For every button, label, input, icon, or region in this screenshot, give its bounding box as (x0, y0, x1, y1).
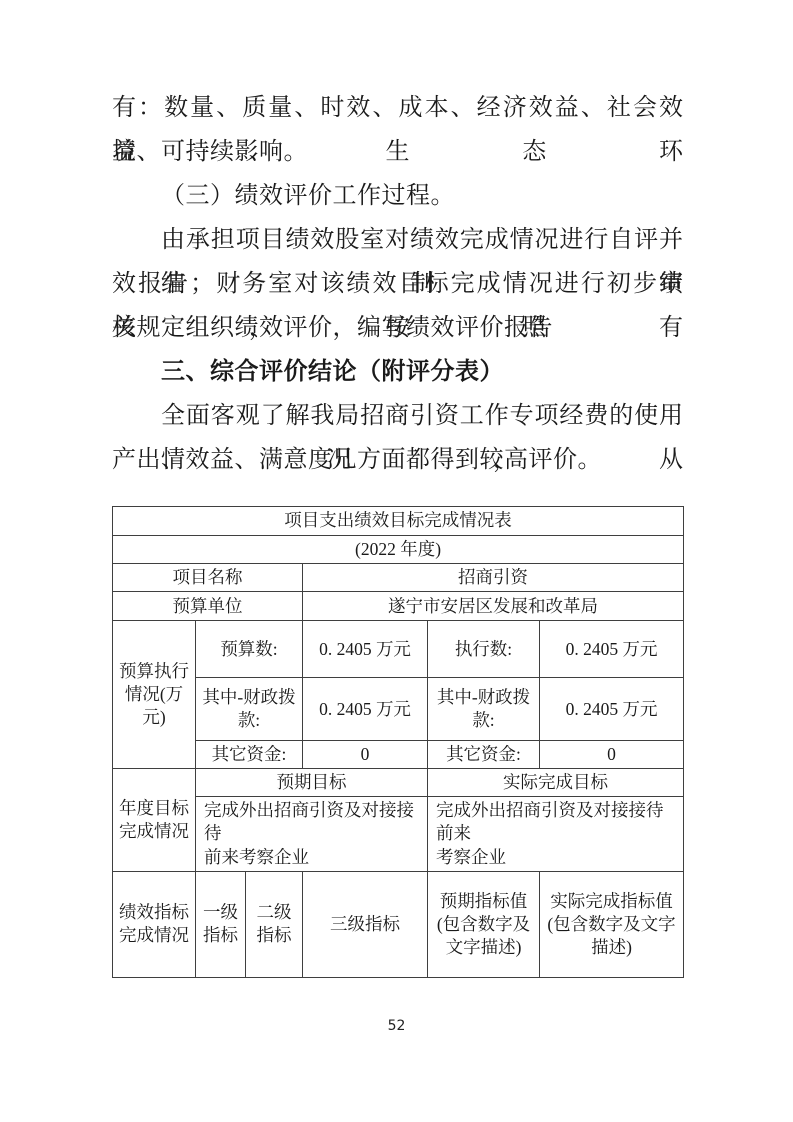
table-row: (2022 年度) (113, 536, 684, 564)
level2-indicator-cell: 二级 指标 (246, 871, 303, 977)
table-row: 绩效指标 完成情况 一级 指标 二级 指标 三级指标 预期指标值 (包含数字及 … (113, 871, 684, 977)
table-year-cell: (2022 年度) (113, 536, 684, 564)
table-row: 其它资金: 0 其它资金: 0 (113, 741, 684, 769)
fiscal-alloc-label-cell: 其中-财政拨 款: (428, 678, 540, 741)
table-row: 项目支出绩效目标完成情况表 (113, 507, 684, 536)
table-row: 年度目标 完成情况 预期目标 实际完成目标 (113, 769, 684, 797)
table-row: 项目名称 招商引资 (113, 564, 684, 592)
other-funds-value-cell: 0 (303, 741, 428, 769)
other-funds-value-cell: 0 (540, 741, 684, 769)
level3-indicator-cell: 三级指标 (303, 871, 428, 977)
fiscal-alloc-value-cell: 0. 2405 万元 (540, 678, 684, 741)
fiscal-alloc-value-cell: 0. 2405 万元 (303, 678, 428, 741)
level1-indicator-cell: 一级 指标 (196, 871, 246, 977)
table-row: 预算单位 遂宁市安居区发展和改革局 (113, 592, 684, 621)
expected-indicator-value-cell: 预期指标值 (包含数字及 文字描述) (428, 871, 540, 977)
actual-goal-text-cell: 完成外出招商引资及对接接待前来 考察企业 (428, 797, 684, 871)
actual-indicator-value-cell: 实际完成指标值 (包含数字及文字 描述) (540, 871, 684, 977)
table-row: 其中-财政拨 款: 0. 2405 万元 其中-财政拨 款: 0. 2405 万… (113, 678, 684, 741)
body-line: 产出、效益、满意度几方面都得到较高评价。 (112, 438, 683, 482)
budget-unit-value-cell: 遂宁市安居区发展和改革局 (303, 592, 684, 621)
other-funds-label-cell: 其它资金: (428, 741, 540, 769)
performance-table: 项目支出绩效目标完成情况表 (2022 年度) 项目名称 招商引资 预算单位 遂… (112, 506, 684, 978)
budget-number-value-cell: 0. 2405 万元 (303, 621, 428, 678)
page-number: 52 (0, 1018, 793, 1034)
expected-goal-header-cell: 预期目标 (196, 769, 428, 797)
body-line: 有：数量、质量、时效、成本、经济效益、社会效益、生态环 (112, 86, 683, 130)
fiscal-alloc-label-cell: 其中-财政拨 款: (196, 678, 303, 741)
annual-goal-label-cell: 年度目标 完成情况 (113, 769, 196, 871)
project-name-value-cell: 招商引资 (303, 564, 684, 592)
table-row: 完成外出招商引资及对接接待 前来考察企业 完成外出招商引资及对接接待前来 考察企… (113, 797, 684, 871)
section-heading: 三、综合评价结论（附评分表） (112, 350, 683, 394)
budget-exec-label-cell: 预算执行 情况(万 元) (113, 621, 196, 769)
budget-unit-label-cell: 预算单位 (113, 592, 303, 621)
sub-heading: （三）绩效评价工作过程。 (112, 174, 683, 218)
exec-number-label-cell: 执行数: (428, 621, 540, 678)
table-title-cell: 项目支出绩效目标完成情况表 (113, 507, 684, 536)
actual-goal-header-cell: 实际完成目标 (428, 769, 684, 797)
exec-number-value-cell: 0. 2405 万元 (540, 621, 684, 678)
perf-indicator-label-cell: 绩效指标 完成情况 (113, 871, 196, 977)
other-funds-label-cell: 其它资金: (196, 741, 303, 769)
expected-goal-text-cell: 完成外出招商引资及对接接待 前来考察企业 (196, 797, 428, 871)
body-line: 由承担项目绩效股室对绩效完成情况进行自评并编制绩 (112, 218, 683, 262)
project-name-label-cell: 项目名称 (113, 564, 303, 592)
document-content: 有：数量、质量、时效、成本、经济效益、社会效益、生态环 境、可持续影响。 （三）… (112, 86, 683, 978)
body-line: 全面客观了解我局招商引资工作专项经费的使用情况，从 (112, 394, 683, 438)
body-line: 效报告；财务室对该绩效目标完成情况进行初步审核，按照有 (112, 262, 683, 306)
budget-number-label-cell: 预算数: (196, 621, 303, 678)
document-page: 有：数量、质量、时效、成本、经济效益、社会效益、生态环 境、可持续影响。 （三）… (0, 0, 793, 1122)
table-row: 预算执行 情况(万 元) 预算数: 0. 2405 万元 执行数: 0. 240… (113, 621, 684, 678)
